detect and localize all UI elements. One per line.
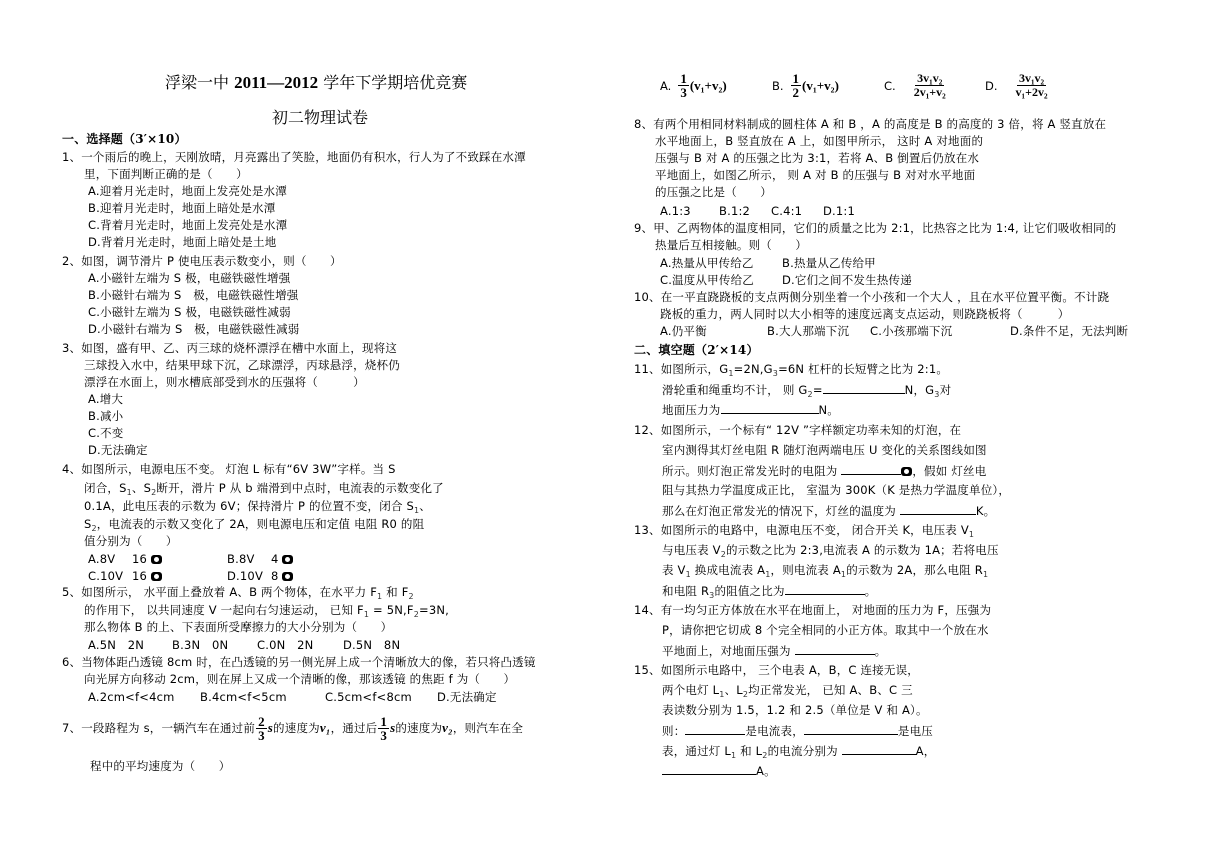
- section-heading-fill: 二、填空题（2′×14）: [634, 342, 759, 359]
- text: 与电压表 V: [662, 543, 721, 557]
- answer-blank-current-l2[interactable]: [662, 762, 756, 775]
- text: 对: [940, 383, 952, 397]
- text: 的速度为: [395, 714, 442, 742]
- text: A。: [756, 764, 776, 778]
- question-number: 3、: [62, 341, 81, 355]
- question-line: 程中的平均速度为（ ）: [90, 758, 230, 775]
- option-b: B.4cm<f<5cm: [200, 689, 287, 706]
- option-label: D.10V: [227, 568, 271, 585]
- option-a: A.增大: [88, 391, 123, 408]
- denominator: v₁+2v₂: [1014, 86, 1050, 99]
- answer-blank-temperature[interactable]: [900, 502, 976, 515]
- question-line: 在一平直跷跷板的支点两侧分别坐着一个小孩和一个大人 ，且在水平位置平衡。不计跷: [661, 290, 1109, 304]
- question-line: 一个雨后的晚上，天刚放晴，月亮露出了笑脸，地面仍有积水，行人为了不致踩在水潭: [81, 150, 526, 164]
- text: = 5N,F: [369, 603, 414, 617]
- option-expression: 12(v₁+v₂): [790, 72, 839, 99]
- denominator: 3: [678, 86, 689, 99]
- option-a: A.仍平衡: [660, 323, 707, 340]
- subscript: 2: [409, 592, 414, 601]
- question-line: 和电阻 R3的阻值之比为。: [662, 582, 876, 600]
- option-label: B.8V: [227, 551, 271, 568]
- text: 均正常发光， 已知 A、B、C 三: [748, 683, 913, 697]
- option-b: B.8V4: [227, 551, 293, 568]
- text: ，则汽车在全: [453, 714, 523, 742]
- exam-title: 浮梁一中 2011—2012 学年下学期培优竞赛: [165, 70, 505, 93]
- option-d: D.10V8: [227, 568, 293, 585]
- ohm-icon: [151, 572, 162, 581]
- text: ，通过后: [331, 714, 378, 742]
- option-b: B.小磁针右端为 S 极，电磁铁磁性增强: [88, 287, 299, 304]
- option-b: B.3N 0N: [172, 637, 228, 654]
- option-d: D.背着月光走时，地面上暗处是土地: [88, 234, 276, 251]
- option-d: D.5N 8N: [343, 637, 400, 654]
- option-b: B.迎着月光走时，地面上暗处是水潭: [88, 200, 275, 217]
- question-number: 9、: [634, 221, 653, 235]
- text: 断开，滑片 P 从 b 端滑到中点时，电流表的示数变化了: [156, 481, 443, 495]
- text: A，: [916, 744, 936, 758]
- text: 地面压力为: [662, 403, 721, 417]
- question-text: 9、甲、乙两物体的温度相同，它们的质量之比为 2:1，比热容之比为 1:4, 让…: [634, 220, 1116, 237]
- question-text: 11、如图所示，G1=2N,G3=6N 杠杆的长短臂之比为 2:1。: [634, 361, 948, 378]
- option-label: A.: [660, 79, 671, 93]
- question-line: 的作用下， 以共同速度 V 一起向右匀速运动， 已知 F1 = 5N,F2=3N…: [84, 602, 449, 619]
- option-c: C.4:1: [771, 203, 802, 220]
- question-line: 如图，调节滑片 P 使电压表示数变小，则（ ）: [81, 254, 342, 268]
- denominator: 3: [256, 729, 267, 742]
- text: 如图所示的电路中，电源电压不变， 闭合开关 K，电压表 V: [661, 523, 969, 537]
- question-text: 4、如图所示，电源电压不变。 灯泡 L 标有“6V 3W”字样。当 S: [62, 461, 396, 478]
- option-label: B.: [772, 79, 784, 93]
- question-text: 12、如图所示，一个标有“ 12V ”字样额定功率未知的灯泡，在: [634, 422, 961, 439]
- text: 表 V: [662, 563, 686, 577]
- numerator: 2: [256, 715, 267, 729]
- option-c: C.5cm<f<8cm: [325, 689, 412, 706]
- text: ，则电流表 A: [771, 563, 841, 577]
- section-heading-choice: 一、选择题（3′×10）: [62, 131, 187, 148]
- answer-blank-current-l1[interactable]: [842, 742, 916, 755]
- question-line: 与电压表 V2的示数之比为 2:3,电流表 A 的示数为 1A；若将电压: [662, 542, 999, 559]
- question-line: P，请你把它切成 8 个完全相同的小正方体。取其中一个放在水: [662, 622, 989, 639]
- option-a: A.2cm<f<4cm: [88, 689, 175, 706]
- text: 是电压: [898, 724, 933, 738]
- question-number: 1、: [62, 150, 81, 164]
- q7-option-d: D. 3v₁v₂v₁+2v₂: [985, 72, 1051, 99]
- text: 所示。则灯泡正常发光时的电阻为: [662, 464, 838, 478]
- question-line: 两个电灯 L1、L2均正常发光， 已知 A、B、C 三: [662, 682, 913, 699]
- option-a: A.5N 2N: [88, 637, 144, 654]
- numerator: 1: [378, 715, 389, 729]
- answer-blank-pressure[interactable]: [795, 642, 875, 655]
- question-line: 所示。则灯泡正常发光时的电阻为 ，假如 灯丝电: [662, 462, 986, 480]
- option-d: D.小磁针右端为 S 极，电磁铁磁性减弱: [88, 321, 299, 338]
- text: 滑轮重和绳重均不计， 则 G: [662, 383, 808, 397]
- question-line: 里，下面判断正确的是（ ）: [84, 166, 248, 183]
- question-line: 当物体距凸透镜 8cm 时，在凸透镜的另一侧光屏上成一个清晰放大的像，若只将凸透…: [81, 655, 535, 669]
- expression: (v₁+v₂): [690, 78, 727, 94]
- text: S: [84, 517, 92, 531]
- question-number: 12、: [634, 423, 661, 437]
- text: 和电阻 R: [662, 584, 709, 598]
- text: 表，通过灯 L: [662, 744, 731, 758]
- title-school: 浮梁一中: [165, 73, 234, 92]
- question-line: 那么在灯泡正常发光的情况下，灯丝的温度为 K。: [662, 502, 995, 520]
- text: ，假如 灯丝电: [912, 464, 986, 478]
- q7-option-a: A. 13(v₁+v₂): [660, 72, 727, 99]
- option-label: D.: [985, 79, 998, 93]
- question-line: 跷板的重力，两人同时以大小相等的速度远离支点运动，则跷跷板将（ ）: [660, 306, 1070, 323]
- question-number: 11、: [634, 362, 661, 376]
- text: 的电流分别为: [768, 744, 838, 758]
- question-line: 水平地面上，B 竖直放在 A 上，如图甲所示， 这时 A 对地面的: [655, 133, 983, 150]
- option-label: C.10V: [88, 568, 132, 585]
- question-number: 10、: [634, 290, 661, 304]
- option-a: A.热量从甲传给乙: [660, 255, 754, 272]
- text: 。: [865, 584, 877, 598]
- title-years: 2011—2012: [234, 73, 318, 92]
- question-text: 6、当物体距凸透镜 8cm 时，在凸透镜的另一侧光屏上成一个清晰放大的像，若只将…: [62, 654, 536, 671]
- fraction-two-thirds: 23: [256, 715, 267, 742]
- question-number: 7、: [62, 714, 81, 742]
- answer-blank-g2[interactable]: [823, 381, 905, 394]
- text: 和 L: [736, 744, 762, 758]
- option-value: 4: [271, 552, 279, 566]
- question-text: 10、在一平直跷跷板的支点两侧分别坐着一个小孩和一个大人 ，且在水平位置平衡。不…: [634, 289, 1109, 306]
- denominator: 2v₁+v₂: [912, 86, 948, 99]
- numerator: 3v₁v₂: [1017, 72, 1046, 86]
- question-text: 7、 一段路程为 s，一辆汽车在通过前 23s 的速度为v₁ ，通过后 13s …: [62, 714, 523, 742]
- question-line: 平地面上，如图乙所示， 则 A 对 B 的压强与 B 对对水平地面: [655, 167, 975, 184]
- text: 0.1A，此电压表的示数为 6V；保持滑片 P 的位置不变，闭合 S: [84, 499, 414, 513]
- text: 的示数之比为 2:3,电流表 A 的示数为 1A；若将电压: [726, 543, 999, 557]
- text: 一段路程为 s，一辆汽车在通过前: [81, 714, 255, 742]
- option-c: C.10V16: [88, 568, 162, 585]
- text: 如图所示，一个标有“ 12V ”字样额定功率未知的灯泡，在: [661, 423, 962, 437]
- option-c: C.不变: [88, 425, 124, 442]
- text: 如图所示，G: [661, 362, 729, 376]
- text: 平地面上，对地面压强为: [662, 644, 791, 658]
- text: 和 F: [382, 585, 408, 599]
- option-c: C.小磁针左端为 S 极，电磁铁磁性减弱: [88, 304, 291, 321]
- option-c: C.背着月光走时，地面上发亮处是水潭: [88, 217, 287, 234]
- text: 闭合，S: [84, 481, 127, 495]
- option-a: A.8V16: [88, 551, 162, 568]
- option-d: D.1:1: [823, 203, 855, 220]
- option-a: A.1:3: [660, 203, 691, 220]
- question-text: 1、一个雨后的晚上，天刚放晴，月亮露出了笑脸，地面仍有积水，行人为了不致踩在水潭: [62, 149, 526, 166]
- question-line: 向光屏方向移动 2cm，则在屏上又成一个清晰的像，那该透镜 的焦距 f 为（ ）: [84, 671, 515, 688]
- text: 两个电灯 L: [662, 683, 719, 697]
- q7-option-b: B. 12(v₁+v₂): [772, 72, 839, 99]
- question-line: 甲、乙两物体的温度相同，它们的质量之比为 2:1，比热容之比为 1:4, 让它们…: [653, 221, 1116, 235]
- text: 的示数为 2A，那么电阻 R: [846, 563, 983, 577]
- question-line: 则：是电流表，是电压: [662, 722, 933, 740]
- question-line: 阻与其热力学温度成正比， 室温为 300K（K 是热力学温度单位），: [662, 482, 1010, 499]
- text: 如图所示电路中， 三个电表 A，B，C 连接无误，: [661, 663, 919, 677]
- title-term: 学年下学期培优竞赛: [318, 73, 467, 92]
- fraction-one-third: 13: [378, 715, 389, 742]
- text: K。: [976, 504, 995, 518]
- q7-option-c: C. 3v₁v₂2v₁+v₂: [884, 72, 949, 99]
- text: =: [813, 383, 823, 397]
- fraction: 13: [678, 72, 689, 99]
- answer-blank-voltmeter[interactable]: [804, 722, 898, 735]
- question-number: 13、: [634, 523, 661, 537]
- numerator: 3v₁v₂: [915, 72, 944, 86]
- question-line: A。: [662, 762, 776, 780]
- denominator: 2: [791, 86, 802, 99]
- question-text: 8、有两个用相同材料制成的圆柱体 A 和 B ，A 的高度是 B 的高度的 3 …: [634, 116, 1106, 133]
- variable-v2: v₂: [442, 714, 453, 742]
- question-line: 表，通过灯 L1 和 L2的电流分别为 A，: [662, 742, 935, 760]
- question-text: 15、如图所示电路中， 三个电表 A，B，C 连接无误，: [634, 662, 919, 679]
- question-line: 0.1A，此电压表的示数为 6V；保持滑片 P 的位置不变，闭合 S1、: [84, 498, 431, 515]
- question-line: 热量后互相接触。则（ ）: [655, 237, 807, 254]
- question-line: 有两个用相同材料制成的圆柱体 A 和 B ，A 的高度是 B 的高度的 3 倍，…: [653, 117, 1106, 131]
- question-number: 8、: [634, 117, 653, 131]
- exam-page: 浮梁一中 2011—2012 学年下学期培优竞赛 初二物理试卷 一、选择题（3′…: [0, 0, 1229, 851]
- question-text: 3、如图，盛有甲、乙、丙三球的烧杯漂浮在槽中水面上，现将这: [62, 340, 397, 357]
- ohm-icon: [282, 555, 293, 564]
- text: 是电流表，: [745, 724, 804, 738]
- question-number: 2、: [62, 254, 81, 268]
- fraction: 3v₁v₂2v₁+v₂: [912, 72, 948, 99]
- option-value: 16: [132, 569, 147, 583]
- answer-blank-resistance[interactable]: [841, 462, 901, 475]
- subscript: 1: [969, 530, 974, 539]
- expression: (v₁+v₂): [802, 78, 839, 94]
- option-a: A.小磁针左端为 S 极，电磁铁磁性增强: [88, 270, 290, 287]
- text: 的作用下， 以共同速度 V 一起向右匀速运动， 已知 F: [84, 603, 364, 617]
- text: N。: [819, 403, 840, 417]
- question-text: 5、如图所示， 水平面上叠放着 A、B 两个物体，在水平力 F1 和 F2: [62, 584, 414, 601]
- question-line: 值分别为（ ）: [84, 533, 178, 550]
- option-d: D.无法确定: [88, 442, 148, 459]
- option-c: C.小孩那端下沉: [870, 323, 952, 340]
- option-d: D.它们之间不发生热传递: [782, 272, 912, 289]
- option-c: C.0N 2N: [257, 637, 313, 654]
- numerator: 1: [678, 72, 689, 86]
- question-line: S2，电流表的示数又变化了 2A，则电源电压和定值 电阻 R0 的阻: [84, 516, 424, 533]
- question-line: 闭合，S1、S2断开，滑片 P 从 b 端滑到中点时，电流表的示数变化了: [84, 480, 444, 497]
- answer-blank-ratio[interactable]: [785, 582, 865, 595]
- text: 有一均匀正方体放在水平在地面上， 对地面的压力为 F，压强为: [661, 603, 991, 617]
- text: 的速度为: [273, 714, 320, 742]
- question-line: 那么物体 B 的上、下表面所受摩擦力的大小分别为（ ）: [84, 619, 392, 636]
- answer-blank-ammeter[interactable]: [685, 722, 745, 735]
- text: =2N,G: [734, 362, 773, 376]
- question-number: 14、: [634, 603, 661, 617]
- question-text: 13、如图所示的电路中，电源电压不变， 闭合开关 K，电压表 V1: [634, 522, 974, 539]
- text: 如图所示， 水平面上叠放着 A、B 两个物体，在水平力 F: [81, 585, 377, 599]
- option-value: 16: [132, 552, 147, 566]
- option-d: D.无法确定: [437, 689, 497, 706]
- question-text: 2、如图，调节滑片 P 使电压表示数变小，则（ ）: [62, 253, 342, 270]
- subscript: 1: [983, 570, 988, 579]
- question-line: 压强与 B 对 A 的压强之比为 3:1，若将 A、B 倒置后仍放在水: [655, 150, 979, 167]
- option-a: A.迎着月光走时，地面上发亮处是水潭: [88, 183, 287, 200]
- option-c: C.温度从甲传给乙: [660, 272, 754, 289]
- text: 、: [419, 499, 431, 513]
- answer-blank-g3-pressure[interactable]: [721, 401, 819, 414]
- question-line: 三球投入水中，结果甲球下沉，乙球漂浮，丙球悬浮，烧杯仍: [84, 357, 400, 374]
- option-expression: 13(v₁+v₂): [677, 72, 726, 99]
- ohm-icon: [901, 467, 912, 476]
- question-text: 14、有一均匀正方体放在水平在地面上， 对地面的压力为 F，压强为: [634, 602, 991, 619]
- question-number: 15、: [634, 663, 661, 677]
- question-number: 4、: [62, 462, 81, 476]
- text: 、S: [132, 481, 151, 495]
- text: =6N 杠杆的长短臂之比为 2:1。: [778, 362, 948, 376]
- question-line: 如图所示，电源电压不变。 灯泡 L 标有“6V 3W”字样。当 S: [81, 462, 395, 476]
- text: 则：: [662, 724, 685, 738]
- question-number: 5、: [62, 585, 81, 599]
- option-label: A.8V: [88, 551, 132, 568]
- question-line: 漂浮在水面上，则水槽底部受到水的压强将（ ）: [84, 374, 365, 391]
- question-line: 室内测得其灯丝电阻 R 随灯泡两端电压 U 变化的关系图线如图: [662, 442, 987, 459]
- option-label: C.: [884, 79, 896, 93]
- question-line: 如图，盛有甲、乙、丙三球的烧杯漂浮在槽中水面上，现将这: [81, 341, 397, 355]
- option-value: 8: [271, 569, 279, 583]
- denominator: 3: [378, 729, 389, 742]
- question-line: 平地面上，对地面压强为 。: [662, 642, 886, 660]
- text: 、L: [725, 683, 743, 697]
- text: ，电流表的示数又变化了 2A，则电源电压和定值 电阻 R0 的阻: [97, 517, 425, 531]
- option-d: D.条件不足，无法判断: [1010, 323, 1128, 340]
- option-b: B.大人那端下沉: [767, 323, 849, 340]
- ohm-icon: [282, 572, 293, 581]
- question-line: 地面压力为N。: [662, 401, 839, 419]
- text: 。: [875, 644, 887, 658]
- fraction: 12: [791, 72, 802, 99]
- question-line: 表 V1 换成电流表 A1，则电流表 A1的示数为 2A，那么电阻 R1: [662, 562, 988, 579]
- fraction: 3v₁v₂v₁+2v₂: [1014, 72, 1050, 99]
- option-b: B.1:2: [719, 203, 750, 220]
- text: N，G: [905, 383, 935, 397]
- question-line: 的压强之比是（ ）: [655, 184, 772, 201]
- question-number: 6、: [62, 655, 81, 669]
- question-line: 滑轮重和绳重均不计， 则 G2=N，G3对: [662, 381, 951, 399]
- exam-subtitle: 初二物理试卷: [272, 105, 368, 128]
- text: =3N,: [419, 603, 449, 617]
- text: 那么在灯泡正常发光的情况下，灯丝的温度为: [662, 504, 896, 518]
- text: 的阻值之比为: [714, 584, 784, 598]
- option-b: B.减小: [88, 408, 123, 425]
- question-line: 表读数分别为 1.5，1.2 和 2.5（单位是 V 和 A）。: [662, 702, 928, 719]
- ohm-icon: [151, 555, 162, 564]
- text: 换成电流表 A: [691, 563, 765, 577]
- numerator: 1: [791, 72, 802, 86]
- option-b: B.热量从乙传给甲: [782, 255, 876, 272]
- variable-v1: v₁: [320, 714, 331, 742]
